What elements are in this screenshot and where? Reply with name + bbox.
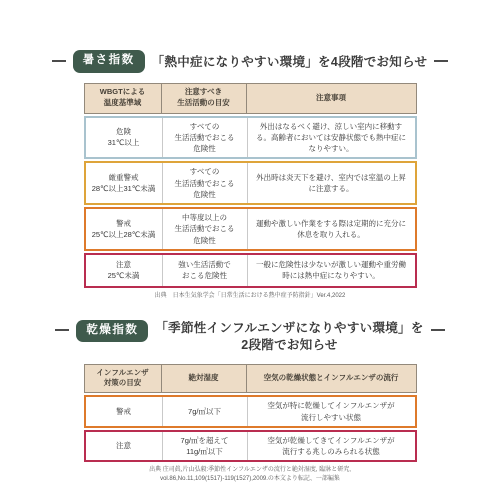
column-header-precautions: 注意事項 — [247, 84, 416, 113]
dry-source-line1: 出典 庄司眞,片山弘毅:季節性インフルエンザの流行と絶対湿度, 臨牀と研究, — [149, 467, 351, 473]
heat-index-badge: 暑さ指数 — [73, 50, 145, 73]
title-rule-left — [52, 60, 66, 62]
level-cell: 厳重警戒 28℃以上31℃未満 — [86, 163, 162, 203]
infographic-page: 暑さ指数 「熱中症になりやすい環境」を4段階でお知らせ WBGTによる 温度基準… — [0, 0, 500, 500]
title-rule-right — [434, 60, 448, 62]
dry-section-title-line1: 「季節性インフルエンザになりやすい環境」を — [155, 321, 423, 335]
dryness-index-section: 乾燥指数 「季節性インフルエンザになりやすい環境」を 2段階でお知らせ インフル… — [0, 320, 500, 485]
title-rule-left — [55, 329, 69, 331]
dry-section-title-line2: 2段階でお知らせ — [241, 338, 337, 352]
dryness-index-table: インフルエンザ 対策の目安 絶対湿度 空気の乾燥状態とインフルエンザの流行 警戒… — [84, 364, 417, 463]
heat-section-header: 暑さ指数 「熱中症になりやすい環境」を4段階でお知らせ — [0, 50, 500, 73]
note-cell: 空気が乾燥してきてインフルエンザが 流行する兆しのみられる状態 — [248, 432, 415, 461]
heat-section-title: 「熱中症になりやすい環境」を4段階でお知らせ — [152, 52, 428, 70]
dry-section-header: 乾燥指数 「季節性インフルエンザになりやすい環境」を 2段階でお知らせ — [0, 320, 500, 354]
heat-index-section: 暑さ指数 「熱中症になりやすい環境」を4段階でお知らせ WBGTによる 温度基準… — [0, 50, 500, 301]
level-cell: 危険 31℃以上 — [86, 118, 162, 158]
note-cell: 空気が特に乾燥してインフルエンザが 流行しやすい状態 — [248, 397, 415, 426]
level-cell: 注意 — [86, 432, 162, 461]
column-header-wbgt-range: WBGTによる 温度基準域 — [85, 84, 161, 113]
dry-table-row-warning: 警戒 7g/㎥以下 空気が特に乾燥してインフルエンザが 流行しやすい状態 — [84, 395, 417, 428]
title-rule-right — [431, 329, 445, 331]
column-header-flu-guide: インフルエンザ 対策の目安 — [85, 365, 161, 393]
dry-source-line2: vol.86,No.11,109(1517)-119(1527),2009.の本… — [160, 476, 340, 482]
dry-table-header-row: インフルエンザ 対策の目安 絶対湿度 空気の乾燥状態とインフルエンザの流行 — [84, 364, 417, 394]
heat-index-table: WBGTによる 温度基準域 注意すべき 生活活動の目安 注意事項 危険 31℃以… — [84, 83, 417, 288]
note-cell: 一般に危険性は少ないが激しい運動や重労働時には熱中症になりやすい。 — [248, 255, 415, 286]
dryness-index-badge: 乾燥指数 — [76, 320, 148, 343]
activity-cell: 中等度以上の 生活活動でおこる 危険性 — [162, 209, 248, 249]
dry-table-row-caution: 注意 7g/㎥を超えて 11g/㎥以下 空気が乾燥してきてインフルエンザが 流行… — [84, 430, 417, 463]
dry-section-title: 「季節性インフルエンザになりやすい環境」を 2段階でお知らせ — [155, 320, 423, 354]
activity-cell: すべての 生活活動でおこる 危険性 — [162, 163, 248, 203]
humidity-cell: 7g/㎥以下 — [162, 397, 248, 426]
heat-table-row-danger: 危険 31℃以上 すべての 生活活動でおこる 危険性 外出はなるべく避け、涼しい… — [84, 116, 417, 160]
heat-table-row-severe-warning: 厳重警戒 28℃以上31℃未満 すべての 生活活動でおこる 危険性 外出時は炎天… — [84, 161, 417, 205]
activity-cell: 強い生活活動で おこる危険性 — [162, 255, 248, 286]
level-cell: 注意 25℃未満 — [86, 255, 162, 286]
dry-source-note: 出典 庄司眞,片山弘毅:季節性インフルエンザの流行と絶対湿度, 臨牀と研究, v… — [0, 466, 500, 484]
level-cell: 警戒 — [86, 397, 162, 426]
level-cell: 警戒 25℃以上28℃未満 — [86, 209, 162, 249]
column-header-activity-guide: 注意すべき 生活活動の目安 — [161, 84, 247, 113]
note-cell: 運動や激しい作業をする際は定期的に充分に休息を取り入れる。 — [248, 209, 415, 249]
note-cell: 外出時は炎天下を避け、室内では室温の上昇に注意する。 — [248, 163, 415, 203]
heat-table-row-warning: 警戒 25℃以上28℃未満 中等度以上の 生活活動でおこる 危険性 運動や激しい… — [84, 207, 417, 251]
heat-table-header-row: WBGTによる 温度基準域 注意すべき 生活活動の目安 注意事項 — [84, 83, 417, 114]
humidity-cell: 7g/㎥を超えて 11g/㎥以下 — [162, 432, 248, 461]
column-header-absolute-humidity: 絶対湿度 — [161, 365, 247, 393]
column-header-dryness-flu-status: 空気の乾燥状態とインフルエンザの流行 — [247, 365, 416, 393]
heat-source-note: 出典 日本生気象学会「日常生活における熱中症予防指針」Ver.4,2022 — [0, 292, 500, 301]
activity-cell: すべての 生活活動でおこる 危険性 — [162, 118, 248, 158]
note-cell: 外出はなるべく避け、涼しい室内に移動する。高齢者においては安静状態でも熱中症にな… — [248, 118, 415, 158]
heat-table-row-caution: 注意 25℃未満 強い生活活動で おこる危険性 一般に危険性は少ないが激しい運動… — [84, 253, 417, 288]
